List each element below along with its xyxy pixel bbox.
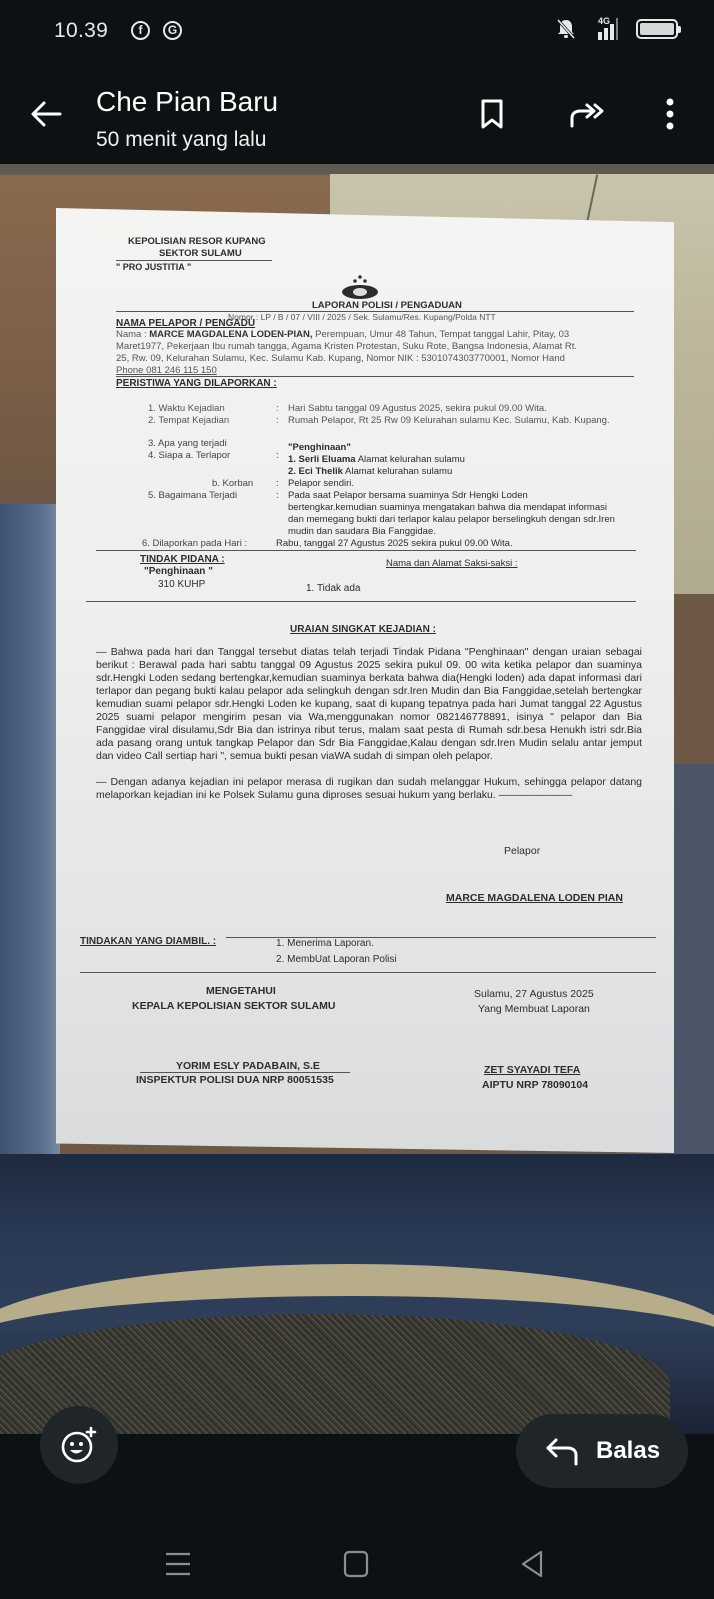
facebook-icon: f [131,21,150,40]
add-reaction-button[interactable] [40,1406,118,1484]
chief-rank: INSPEKTUR POLISI DUA NRP 80051535 [136,1074,334,1086]
arrow-left-icon[interactable] [26,94,66,134]
reply-icon [544,1435,580,1467]
summary-paragraph: — Dengan adanya kejadian ini pelapor mer… [96,776,642,802]
event-heading: PERISTIWA YANG DILAPORKAN : [116,378,277,390]
more-vert-icon[interactable] [652,96,688,132]
chat-title: Che Pian Baru [96,86,278,118]
summary-heading: URAIAN SINGKAT KEJADIAN : [290,624,436,636]
police-emblem-icon [338,274,382,300]
officer-rank: AIPTU NRP 78090104 [482,1079,588,1091]
forward-icon[interactable] [566,96,608,132]
back-triangle-icon[interactable] [512,1544,552,1584]
system-nav-bar [0,1544,714,1584]
police-report-document: KEPOLISIAN RESOR KUPANG SEKTOR SULAMU " … [56,208,674,1153]
recents-icon[interactable] [158,1544,198,1584]
g-app-icon: G [163,21,182,40]
background-fabric [0,504,60,1264]
chief-name: YORIM ESLY PADABAIN, S.E [176,1060,320,1072]
message-time: 50 menit yang lalu [96,128,266,152]
pro-justitia: " PRO JUSTITIA " [116,261,191,273]
battery-icon [636,19,678,39]
status-time: 10.39 [54,19,108,43]
agency-line: SEKTOR SULAMU [159,248,242,260]
status-bar: 10.39 f G 4G [0,0,714,62]
reporter-sign-name: MARCE MAGDALENA LODEN PIAN [446,892,623,904]
agency-line: KEPOLISIAN RESOR KUPANG [128,236,266,248]
app-header: Che Pian Baru 50 menit yang lalu [0,62,714,164]
officer-name: ZET SYAYADI TEFA [484,1064,580,1076]
action-heading: TINDAKAN YANG DIAMBIL. : [80,936,216,948]
report-number: Nomor : LP / B / 07 / VIII / 2025 / Sek.… [228,311,496,323]
add-reaction-icon [59,1425,99,1465]
signal-4g-icon: 4G [594,18,618,40]
crime-heading: TINDAK PIDANA : [140,554,225,566]
witness-heading: Nama dan Alamat Saksi-saksi : [386,558,517,570]
home-icon[interactable] [336,1544,376,1584]
reply-button[interactable]: Balas [516,1414,688,1488]
summary-paragraph: — Bahwa pada hari dan Tanggal tersebut d… [96,646,642,763]
bell-muted-icon [556,18,576,40]
photo-viewer[interactable]: KEPOLISIAN RESOR KUPANG SEKTOR SULAMU " … [0,164,714,1434]
bookmark-icon[interactable] [474,96,510,132]
reply-label: Balas [596,1437,660,1465]
bottom-action-bar: Balas [0,1434,714,1599]
reporter-sign-label: Pelapor [504,845,540,857]
